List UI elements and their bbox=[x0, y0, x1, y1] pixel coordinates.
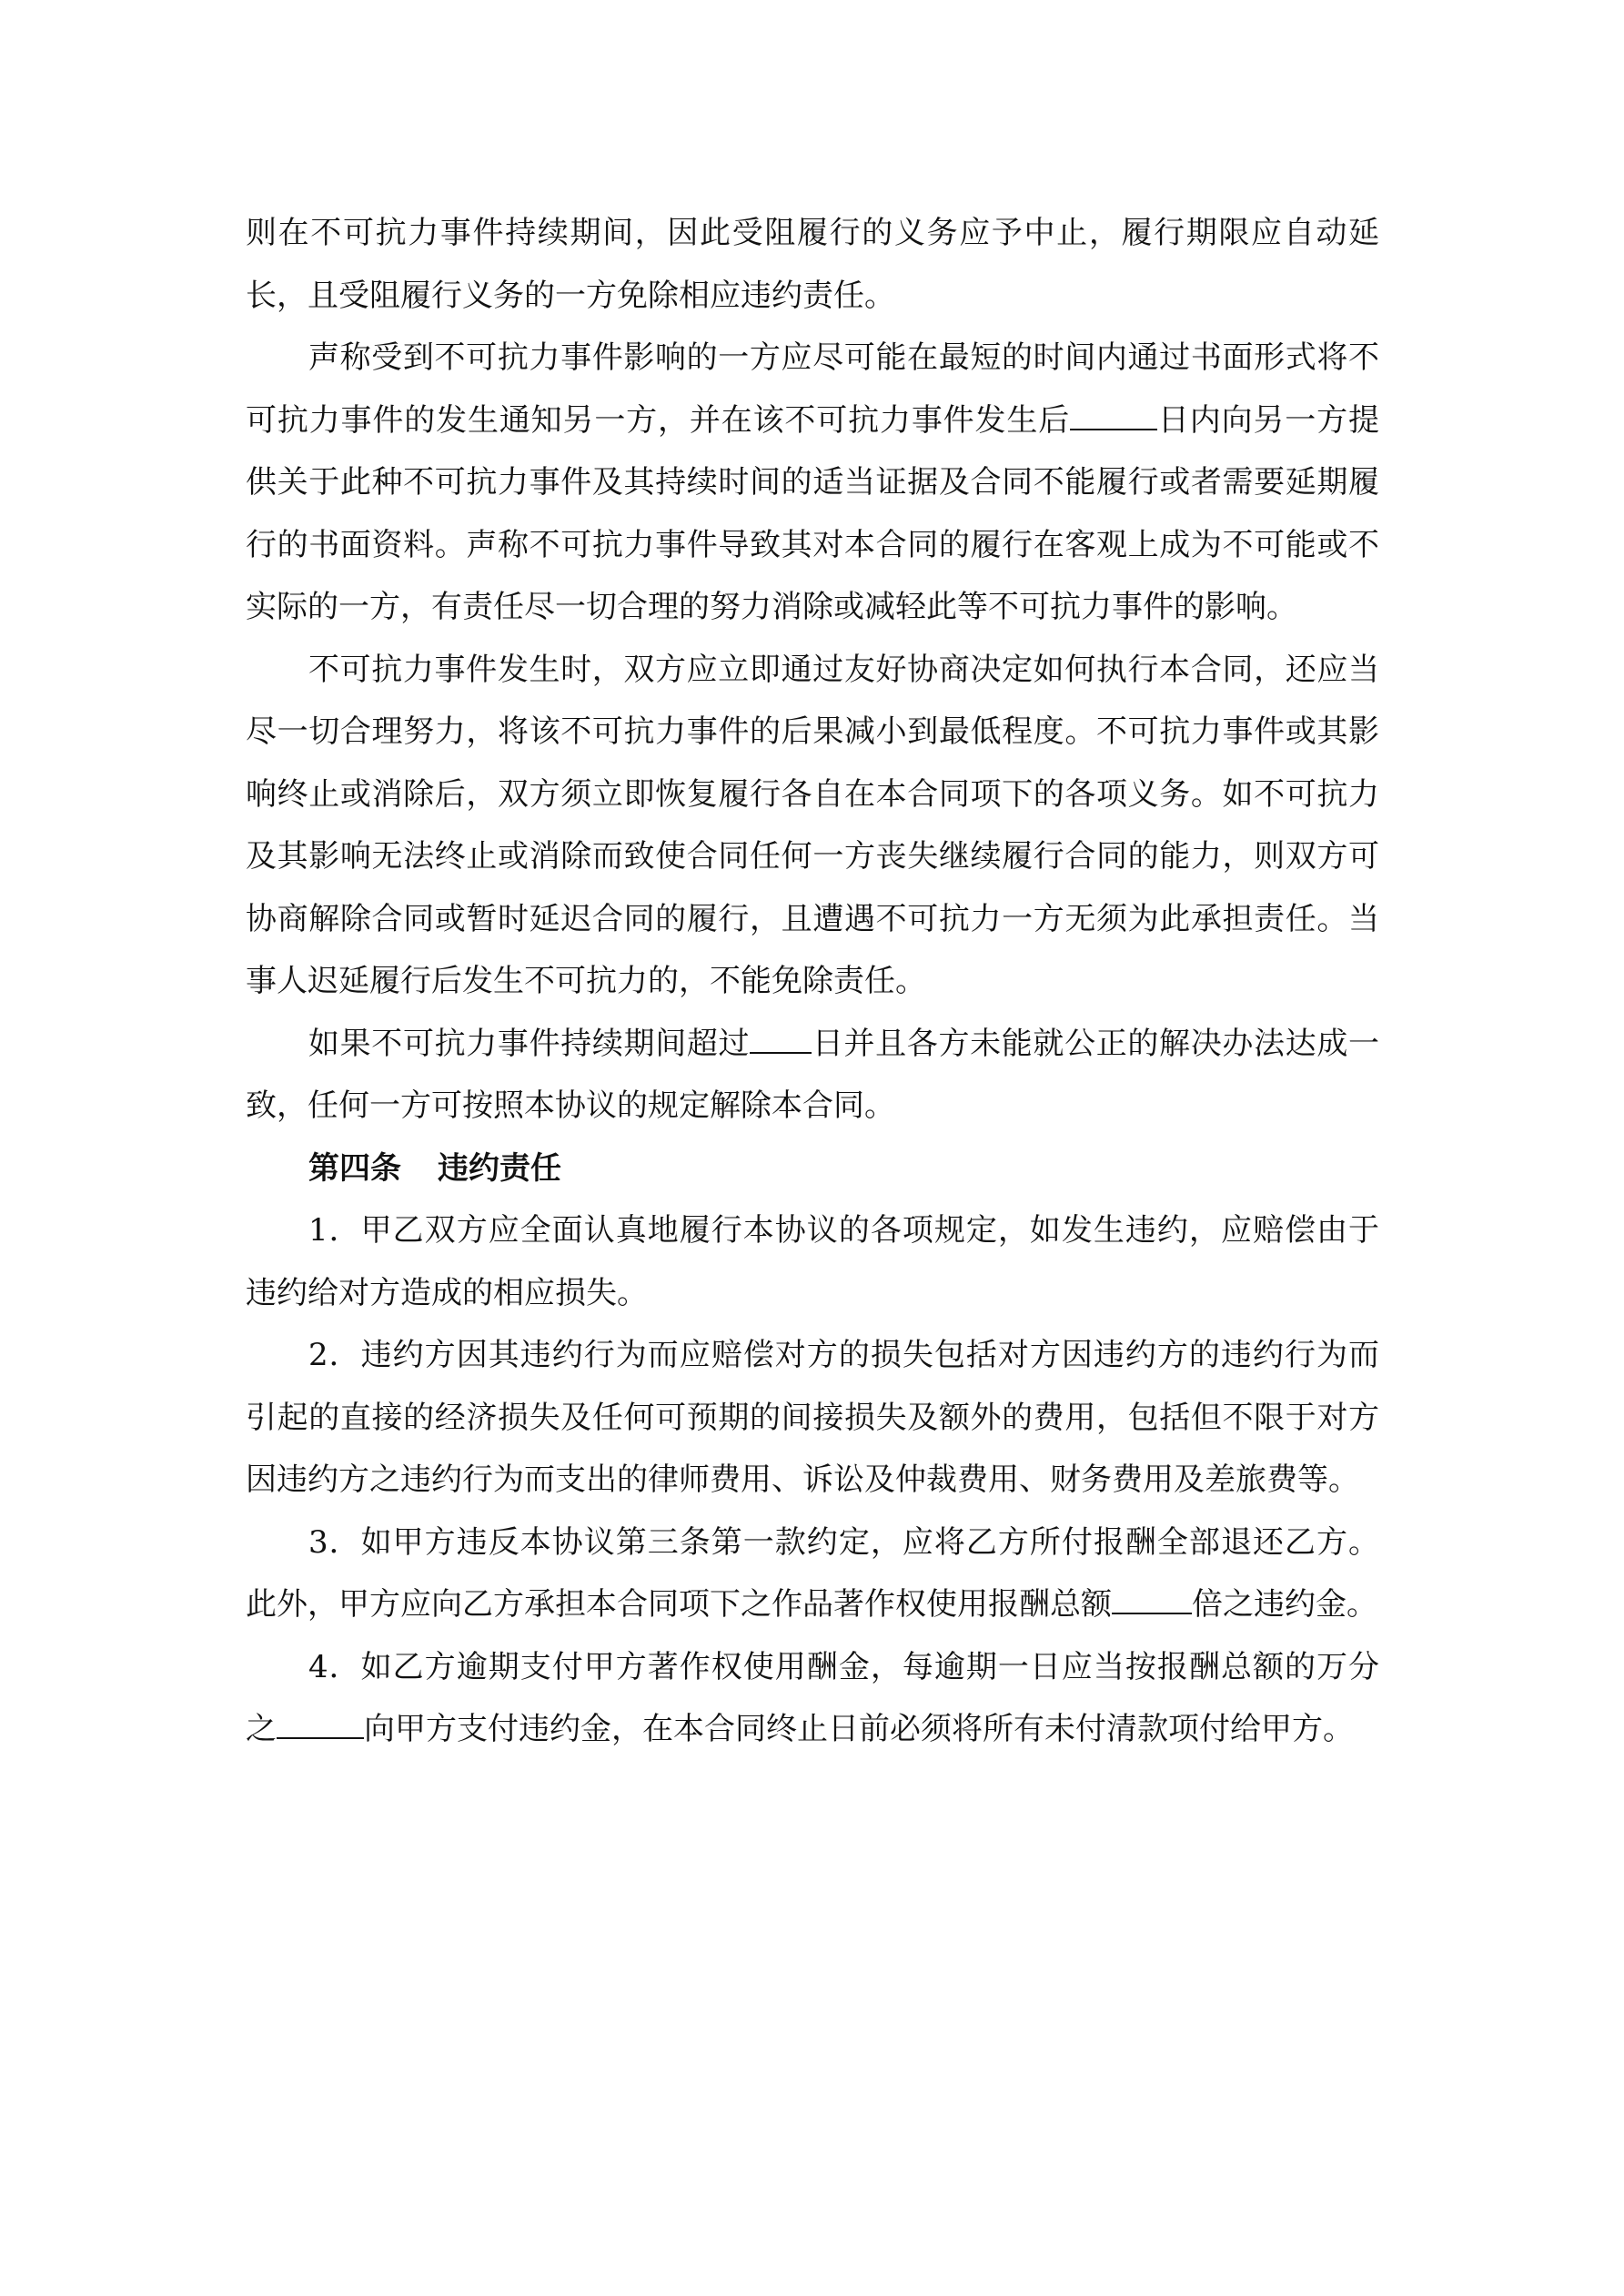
clause-text: 违约方因其违约行为而应赔偿对方的损失包括对方因违约方的违约行为而引起的直接的经济… bbox=[246, 1337, 1379, 1498]
section-heading: 第四条违约责任 bbox=[246, 1138, 1379, 1200]
section-title: 违约责任 bbox=[438, 1150, 561, 1187]
fill-in-blank-rate[interactable] bbox=[277, 1710, 364, 1739]
paragraph-force-majeure-termination: 如果不可抗力事件持续期间超过日并且各方未能就公正的解决办法达成一致，任何一方可按… bbox=[246, 1013, 1379, 1138]
section-number: 第四条 bbox=[308, 1150, 401, 1187]
fill-in-blank-multiplier[interactable] bbox=[1112, 1585, 1192, 1614]
clause-number: 4． bbox=[308, 1649, 361, 1685]
paragraph-force-majeure-notice: 声称受到不可抗力事件影响的一方应尽可能在最短的时间内通过书面形式将不可抗力事件的… bbox=[246, 327, 1379, 639]
fill-in-blank-days[interactable] bbox=[750, 1025, 812, 1054]
paragraph-force-majeure-continuation: 则在不可抗力事件持续期间，因此受阻履行的义务应予中止，履行期限应自动延长，且受阻… bbox=[246, 202, 1379, 327]
clause-3: 3．如甲方违反本协议第三条第一款约定，应将乙方所付报酬全部退还乙方。此外，甲方应… bbox=[246, 1512, 1379, 1636]
clause-1: 1．甲乙双方应全面认真地履行本协议的各项规定，如发生违约，应赔偿由于违约给对方造… bbox=[246, 1199, 1379, 1324]
clause-text: 向甲方支付违约金，在本合同终止日前必须将所有未付清款项付给甲方。 bbox=[364, 1711, 1354, 1747]
clause-4: 4．如乙方逾期支付甲方著作权使用酬金，每逾期一日应当按报酬总额的万分之向甲方支付… bbox=[246, 1636, 1379, 1761]
clause-text: 甲乙双方应全面认真地履行本协议的各项规定，如发生违约，应赔偿由于违约给对方造成的… bbox=[246, 1212, 1379, 1311]
clause-2: 2．违约方因其违约行为而应赔偿对方的损失包括对方因违约方的违约行为而引起的直接的… bbox=[246, 1324, 1379, 1512]
clause-number: 1． bbox=[308, 1212, 361, 1249]
clause-number: 3． bbox=[308, 1524, 361, 1561]
paragraph-force-majeure-negotiation: 不可抗力事件发生时，双方应立即通过友好协商决定如何执行本合同，还应当尽一切合理努… bbox=[246, 639, 1379, 1013]
document-page: 则在不可抗力事件持续期间，因此受阻履行的义务应予中止，履行期限应自动延长，且受阻… bbox=[246, 202, 1379, 1761]
clause-text: 倍之违约金。 bbox=[1192, 1586, 1377, 1623]
fill-in-blank-days[interactable] bbox=[1070, 401, 1157, 430]
clause-number: 2． bbox=[308, 1337, 361, 1373]
paragraph-text: 如果不可抗力事件持续期间超过 bbox=[308, 1026, 750, 1062]
